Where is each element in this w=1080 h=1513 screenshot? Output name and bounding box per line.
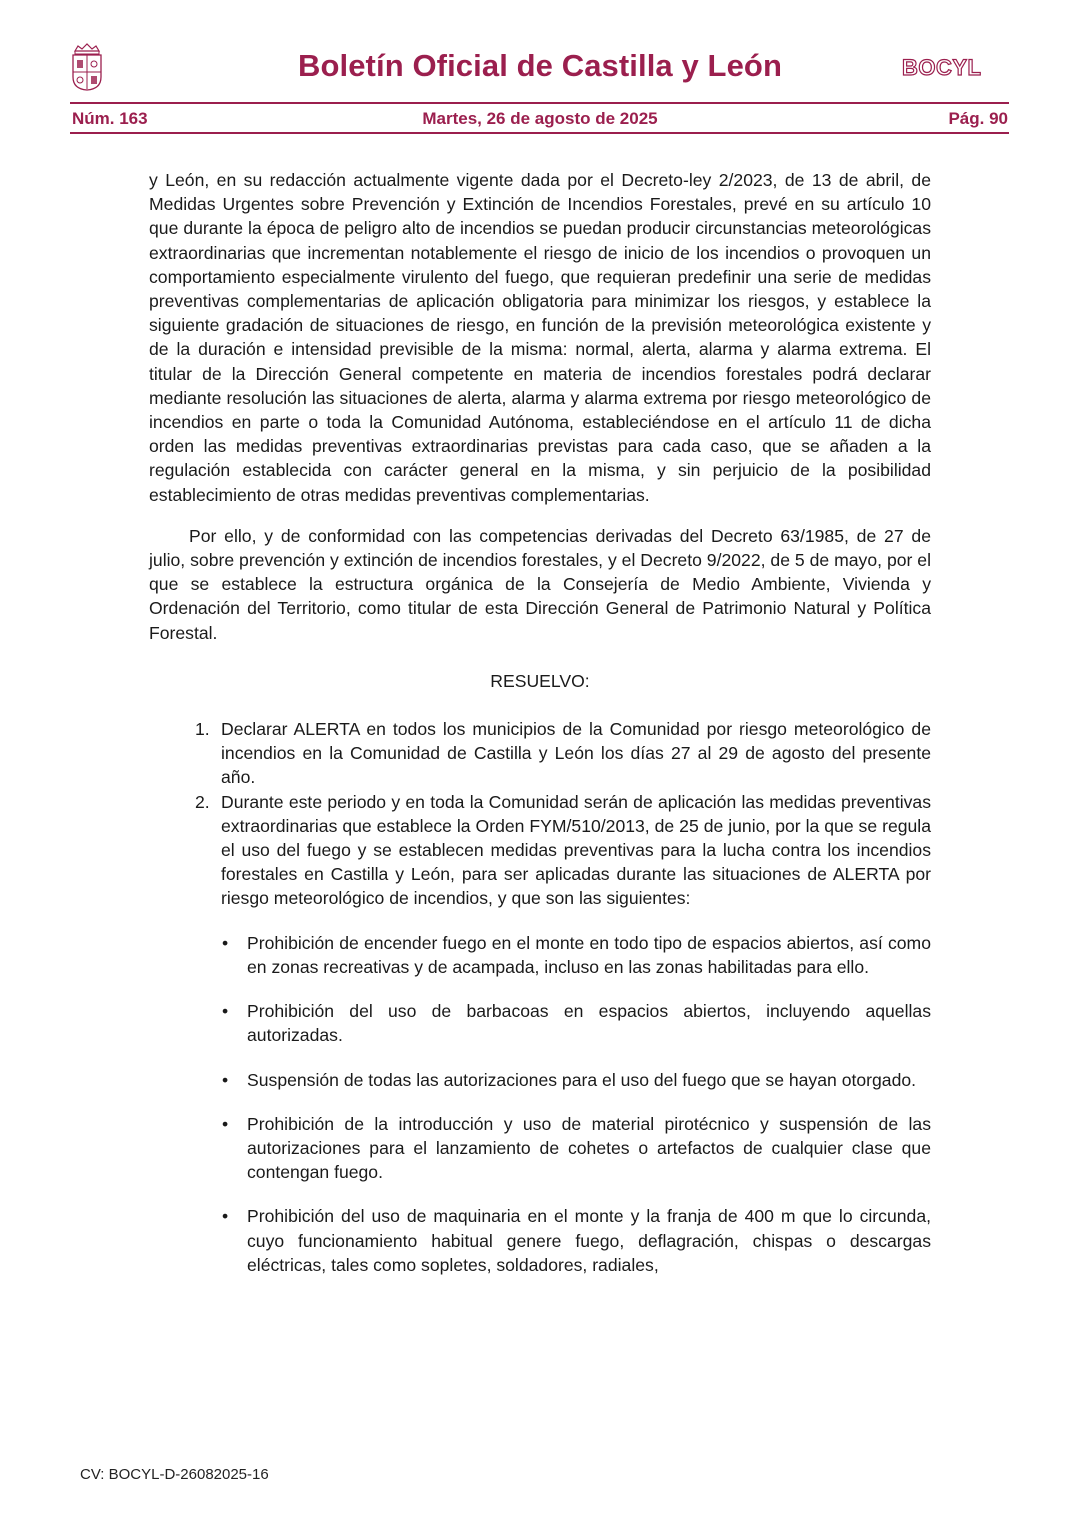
bullet-text: Prohibición del uso de maquinaria en el … [247, 1206, 931, 1274]
bullet-item-1: • Prohibición de encender fuego en el mo… [149, 931, 931, 979]
paragraph-competencies: Por ello, y de conformidad con las compe… [149, 524, 931, 645]
page-number: Pág. 90 [948, 109, 1008, 129]
bullet-icon: • [222, 1068, 228, 1092]
bullet-icon: • [222, 999, 228, 1023]
issue-date: Martes, 26 de agosto de 2025 [0, 109, 1080, 129]
bullet-icon: • [222, 931, 228, 955]
verification-code: CV: BOCYL-D-26082025-16 [80, 1466, 269, 1483]
item-text: Declarar ALERTA en todos los municipios … [221, 719, 931, 787]
bocyl-logo: BOCYL [902, 55, 982, 81]
item-number: 2. [195, 790, 210, 814]
document-body: y León, en su redacción actualmente vige… [149, 168, 931, 1277]
item-text: Durante este periodo y en toda la Comuni… [221, 792, 931, 909]
bullet-item-4: • Prohibición de la introducción y uso d… [149, 1112, 931, 1185]
bullet-text: Prohibición de la introducción y uso de … [247, 1114, 931, 1182]
bullet-icon: • [222, 1204, 228, 1228]
bullet-item-2: • Prohibición del uso de barbacoas en es… [149, 999, 931, 1047]
bullet-text: Prohibición del uso de barbacoas en espa… [247, 1001, 931, 1045]
bullet-icon: • [222, 1112, 228, 1136]
header-rule-top [70, 102, 1009, 104]
numbered-item-1: 1. Declarar ALERTA en todos los municipi… [149, 717, 931, 790]
bullet-text: Suspensión de todas las autorizaciones p… [247, 1070, 916, 1090]
numbered-item-2: 2. Durante este periodo y en toda la Com… [149, 790, 931, 911]
bullet-text: Prohibición de encender fuego en el mont… [247, 933, 931, 977]
resolution-heading: RESUELVO: [149, 669, 931, 693]
item-number: 1. [195, 717, 210, 741]
bullet-item-5: • Prohibición del uso de maquinaria en e… [149, 1204, 931, 1277]
paragraph-intro: y León, en su redacción actualmente vige… [149, 168, 931, 507]
bullet-item-3: • Suspensión de todas las autorizaciones… [149, 1068, 931, 1092]
header-rule-bottom [70, 132, 1009, 134]
